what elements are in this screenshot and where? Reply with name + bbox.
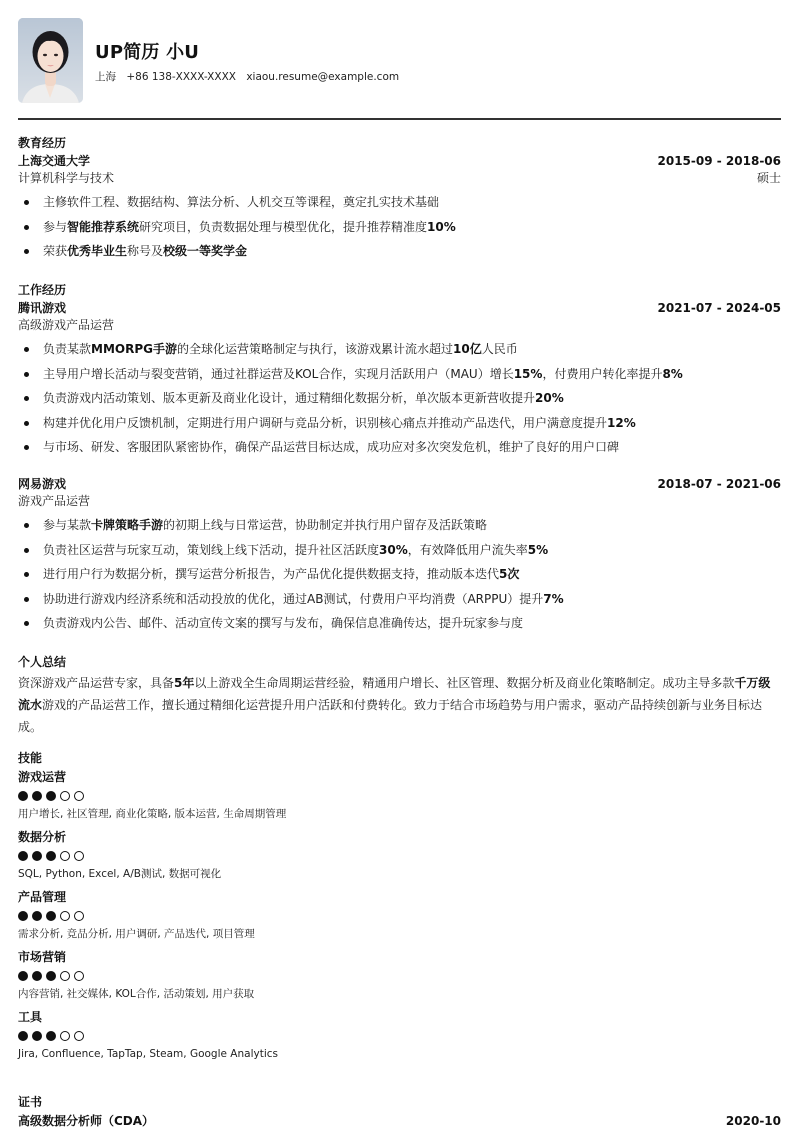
- empty-dot-icon: [60, 851, 70, 861]
- filled-dot-icon: [18, 791, 28, 801]
- highlight-text: 20%: [535, 391, 564, 405]
- filled-dot-icon: [46, 791, 56, 801]
- filled-dot-icon: [46, 851, 56, 861]
- job-date: 2021-07 - 2024-05: [658, 299, 782, 317]
- filled-dot-icon: [32, 1031, 42, 1041]
- section-title-skills: 技能: [18, 750, 781, 766]
- skill-item: 数据分析SQL, Python, Excel, A/B测试, 数据可视化: [18, 829, 781, 881]
- certificate-entry: 高级数据分析师（CDA） 2020-10: [18, 1112, 781, 1130]
- body-text: 负责游戏内活动策划、版本更新及商业化设计，通过精细化数据分析，单次版本更新营收提…: [43, 391, 535, 405]
- body-text: 游戏的产品运营工作，擅长通过精细化运营提升用户活跃和付费转化。致力于结合市场趋势…: [18, 698, 762, 734]
- body-text: ，付费用户转化率提升: [542, 367, 662, 381]
- skill-keywords: SQL, Python, Excel, A/B测试, 数据可视化: [18, 867, 781, 881]
- candidate-name: UP简历 小U: [95, 38, 199, 64]
- highlight-text: 7%: [543, 592, 563, 606]
- education-entry-header: 上海交通大学 2015-09 - 2018-06: [18, 152, 781, 170]
- skill-item: 市场营销内容营销, 社交媒体, KOL合作, 活动策划, 用户获取: [18, 949, 781, 1001]
- body-text: 构建并优化用户反馈机制，定期进行用户调研与竞品分析，识别核心痛点并推动产品迭代，…: [43, 416, 607, 430]
- skill-keywords: Jira, Confluence, TapTap, Steam, Google …: [18, 1047, 781, 1061]
- job-role: 高级游戏产品运营: [18, 317, 781, 334]
- highlight-text: 5次: [499, 567, 519, 581]
- empty-dot-icon: [74, 971, 84, 981]
- highlight-text: 5%: [528, 543, 548, 557]
- empty-dot-icon: [74, 851, 84, 861]
- bullet-item: 主修软件工程、数据结构、算法分析、人机交互等课程，奠定扎实技术基础: [18, 190, 781, 215]
- portrait-icon: [18, 18, 83, 103]
- body-text: 主导用户增长活动与裂变营销，通过社群运营及KOL合作，实现月活跃用户（MAU）增…: [43, 367, 514, 381]
- skill-name: 市场营销: [18, 949, 781, 965]
- highlight-text: MMORPG手游: [91, 342, 177, 356]
- section-title-work: 工作经历: [18, 282, 781, 298]
- bullet-item: 进行用户行为数据分析，撰写运营分析报告，为产品优化提供数据支持，推动版本迭代5次: [18, 562, 781, 587]
- education-entry-sub: 计算机科学与技术 硕士: [18, 170, 781, 187]
- bullet-item: 协助进行游戏内经济系统和活动投放的优化，通过AB测试，付费用户平均消费（ARPP…: [18, 587, 781, 612]
- body-text: 参与: [43, 220, 67, 234]
- highlight-text: 智能推荐系统: [67, 220, 139, 234]
- profile-photo: [18, 18, 83, 103]
- body-text: 称号及: [127, 244, 163, 258]
- job-entry: 网易游戏 2018-07 - 2021-06 游戏产品运营 参与某款卡牌策略手游…: [18, 475, 781, 636]
- empty-dot-icon: [74, 911, 84, 921]
- job-bullets: 参与某款卡牌策略手游的初期上线与日常运营，协助制定并执行用户留存及活跃策略负责社…: [18, 513, 781, 636]
- skill-keywords: 内容营销, 社交媒体, KOL合作, 活动策划, 用户获取: [18, 987, 781, 1001]
- filled-dot-icon: [32, 851, 42, 861]
- body-text: 负责游戏内公告、邮件、活动宣传文案的撰写与发布，确保信息准确传达，提升玩家参与度: [43, 616, 523, 630]
- skill-item: 游戏运营用户增长, 社区管理, 商业化策略, 版本运营, 生命周期管理: [18, 769, 781, 821]
- body-text: 荣获: [43, 244, 67, 258]
- empty-dot-icon: [60, 911, 70, 921]
- filled-dot-icon: [18, 971, 28, 981]
- skill-level-rating: [18, 791, 781, 801]
- highlight-text: 8%: [662, 367, 682, 381]
- phone-text: +86 138-XXXX-XXXX: [126, 71, 236, 83]
- certificates-section: 证书 高级数据分析师（CDA） 2020-10: [18, 1094, 781, 1130]
- degree-text: 硕士: [757, 170, 781, 187]
- highlight-text: 10亿: [453, 342, 482, 356]
- highlight-text: 15%: [514, 367, 543, 381]
- bullet-item: 参与某款卡牌策略手游的初期上线与日常运营，协助制定并执行用户留存及活跃策略: [18, 513, 781, 538]
- summary-section: 个人总结 资深游戏产品运营专家，具备5年以上游戏全生命周期运营经验，精通用户增长…: [18, 654, 781, 738]
- highlight-text: 5年: [174, 676, 194, 690]
- body-text: 人民币: [482, 342, 518, 356]
- body-text: 资深游戏产品运营专家，具备: [18, 676, 174, 690]
- skill-level-rating: [18, 1031, 781, 1041]
- resume-header: UP简历 小U 上海 +86 138-XXXX-XXXX xiaou.resum…: [18, 0, 781, 120]
- job-date: 2018-07 - 2021-06: [658, 475, 782, 493]
- filled-dot-icon: [46, 1031, 56, 1041]
- skill-item: 产品管理需求分析, 竞品分析, 用户调研, 产品迭代, 项目管理: [18, 889, 781, 941]
- bullet-item: 与市场、研发、客服团队紧密协作，确保产品运营目标达成，成功应对多次突发危机，维护…: [18, 435, 781, 460]
- body-text: 参与某款: [43, 518, 91, 532]
- header-divider: [18, 118, 781, 120]
- bullet-item: 负责游戏内活动策划、版本更新及商业化设计，通过精细化数据分析，单次版本更新营收提…: [18, 386, 781, 411]
- skill-name: 数据分析: [18, 829, 781, 845]
- bullet-item: 主导用户增长活动与裂变营销，通过社群运营及KOL合作，实现月活跃用户（MAU）增…: [18, 362, 781, 387]
- job-header: 腾讯游戏 2021-07 - 2024-05: [18, 299, 781, 317]
- filled-dot-icon: [18, 851, 28, 861]
- education-date: 2015-09 - 2018-06: [658, 152, 782, 170]
- bullet-item: 参与智能推荐系统研究项目，负责数据处理与模型优化，提升推荐精准度10%: [18, 215, 781, 240]
- empty-dot-icon: [60, 1031, 70, 1041]
- resume-page: UP简历 小U 上海 +86 138-XXXX-XXXX xiaou.resum…: [18, 0, 781, 120]
- company-name: 腾讯游戏: [18, 299, 66, 317]
- skill-name: 工具: [18, 1009, 781, 1025]
- school-name: 上海交通大学: [18, 152, 90, 170]
- skill-keywords: 用户增长, 社区管理, 商业化策略, 版本运营, 生命周期管理: [18, 807, 781, 821]
- body-text: 与市场、研发、客服团队紧密协作，确保产品运营目标达成，成功应对多次突发危机，维护…: [43, 440, 619, 454]
- filled-dot-icon: [32, 971, 42, 981]
- certificate-name: 高级数据分析师（CDA）: [18, 1112, 154, 1130]
- company-name: 网易游戏: [18, 475, 66, 493]
- bullet-item: 荣获优秀毕业生称号及校级一等奖学金: [18, 239, 781, 264]
- highlight-text: 12%: [607, 416, 636, 430]
- location-text: 上海: [95, 71, 116, 83]
- empty-dot-icon: [60, 791, 70, 801]
- job-role: 游戏产品运营: [18, 493, 781, 510]
- body-text: 进行用户行为数据分析，撰写运营分析报告，为产品优化提供数据支持，推动版本迭代: [43, 567, 499, 581]
- skill-level-rating: [18, 971, 781, 981]
- body-text: 以上游戏全生命周期运营经验，精通用户增长、社区管理、数据分析及商业化策略制定。成…: [194, 676, 734, 690]
- empty-dot-icon: [74, 1031, 84, 1041]
- highlight-text: 优秀毕业生: [67, 244, 127, 258]
- contact-info: 上海 +86 138-XXXX-XXXX xiaou.resume@exampl…: [95, 69, 406, 84]
- bullet-item: 负责某款MMORPG手游的全球化运营策略制定与执行，该游戏累计流水超过10亿人民…: [18, 337, 781, 362]
- job-header: 网易游戏 2018-07 - 2021-06: [18, 475, 781, 493]
- bullet-item: 构建并优化用户反馈机制，定期进行用户调研与竞品分析，识别核心痛点并推动产品迭代，…: [18, 411, 781, 436]
- body-text: 研究项目，负责数据处理与模型优化，提升推荐精准度: [139, 220, 427, 234]
- skill-level-rating: [18, 851, 781, 861]
- education-section: 教育经历 上海交通大学 2015-09 - 2018-06 计算机科学与技术 硕…: [18, 135, 781, 264]
- skill-name: 产品管理: [18, 889, 781, 905]
- skill-level-rating: [18, 911, 781, 921]
- highlight-text: 卡牌策略手游: [91, 518, 163, 532]
- job-entry: 腾讯游戏 2021-07 - 2024-05 高级游戏产品运营 负责某款MMOR…: [18, 299, 781, 460]
- filled-dot-icon: [18, 911, 28, 921]
- filled-dot-icon: [46, 971, 56, 981]
- major-text: 计算机科学与技术: [18, 170, 114, 187]
- highlight-text: 30%: [379, 543, 408, 557]
- certificate-date: 2020-10: [726, 1112, 781, 1130]
- bullet-item: 负责社区运营与玩家互动，策划线上线下活动，提升社区活跃度30%，有效降低用户流失…: [18, 538, 781, 563]
- job-bullets: 负责某款MMORPG手游的全球化运营策略制定与执行，该游戏累计流水超过10亿人民…: [18, 337, 781, 460]
- skill-item: 工具Jira, Confluence, TapTap, Steam, Googl…: [18, 1009, 781, 1061]
- body-text: 负责某款: [43, 342, 91, 356]
- section-title-summary: 个人总结: [18, 654, 781, 670]
- body-text: 协助进行游戏内经济系统和活动投放的优化，通过AB测试，付费用户平均消费（ARPP…: [43, 592, 543, 606]
- highlight-text: 校级一等奖学金: [163, 244, 247, 258]
- bullet-item: 负责游戏内公告、邮件、活动宣传文案的撰写与发布，确保信息准确传达，提升玩家参与度: [18, 611, 781, 636]
- body-text: 主修软件工程、数据结构、算法分析、人机交互等课程，奠定扎实技术基础: [43, 195, 439, 209]
- summary-text: 资深游戏产品运营专家，具备5年以上游戏全生命周期运营经验，精通用户增长、社区管理…: [18, 672, 781, 738]
- work-section: 工作经历 腾讯游戏 2021-07 - 2024-05 高级游戏产品运营 负责某…: [18, 282, 781, 460]
- body-text: 负责社区运营与玩家互动，策划线上线下活动，提升社区活跃度: [43, 543, 379, 557]
- empty-dot-icon: [74, 791, 84, 801]
- email-link[interactable]: xiaou.resume@example.com: [246, 71, 399, 83]
- empty-dot-icon: [60, 971, 70, 981]
- filled-dot-icon: [18, 1031, 28, 1041]
- filled-dot-icon: [32, 791, 42, 801]
- skills-section: 技能 游戏运营用户增长, 社区管理, 商业化策略, 版本运营, 生命周期管理数据…: [18, 750, 781, 1069]
- body-text: 的全球化运营策略制定与执行，该游戏累计流水超过: [177, 342, 453, 356]
- filled-dot-icon: [46, 911, 56, 921]
- section-title-certificates: 证书: [18, 1094, 781, 1110]
- body-text: 的初期上线与日常运营，协助制定并执行用户留存及活跃策略: [163, 518, 487, 532]
- filled-dot-icon: [32, 911, 42, 921]
- skill-keywords: 需求分析, 竞品分析, 用户调研, 产品迭代, 项目管理: [18, 927, 781, 941]
- section-title-education: 教育经历: [18, 135, 781, 151]
- education-bullets: 主修软件工程、数据结构、算法分析、人机交互等课程，奠定扎实技术基础参与智能推荐系…: [18, 190, 781, 264]
- skill-name: 游戏运营: [18, 769, 781, 785]
- skills-list: 游戏运营用户增长, 社区管理, 商业化策略, 版本运营, 生命周期管理数据分析S…: [18, 769, 781, 1061]
- body-text: ，有效降低用户流失率: [408, 543, 528, 557]
- highlight-text: 10%: [427, 220, 456, 234]
